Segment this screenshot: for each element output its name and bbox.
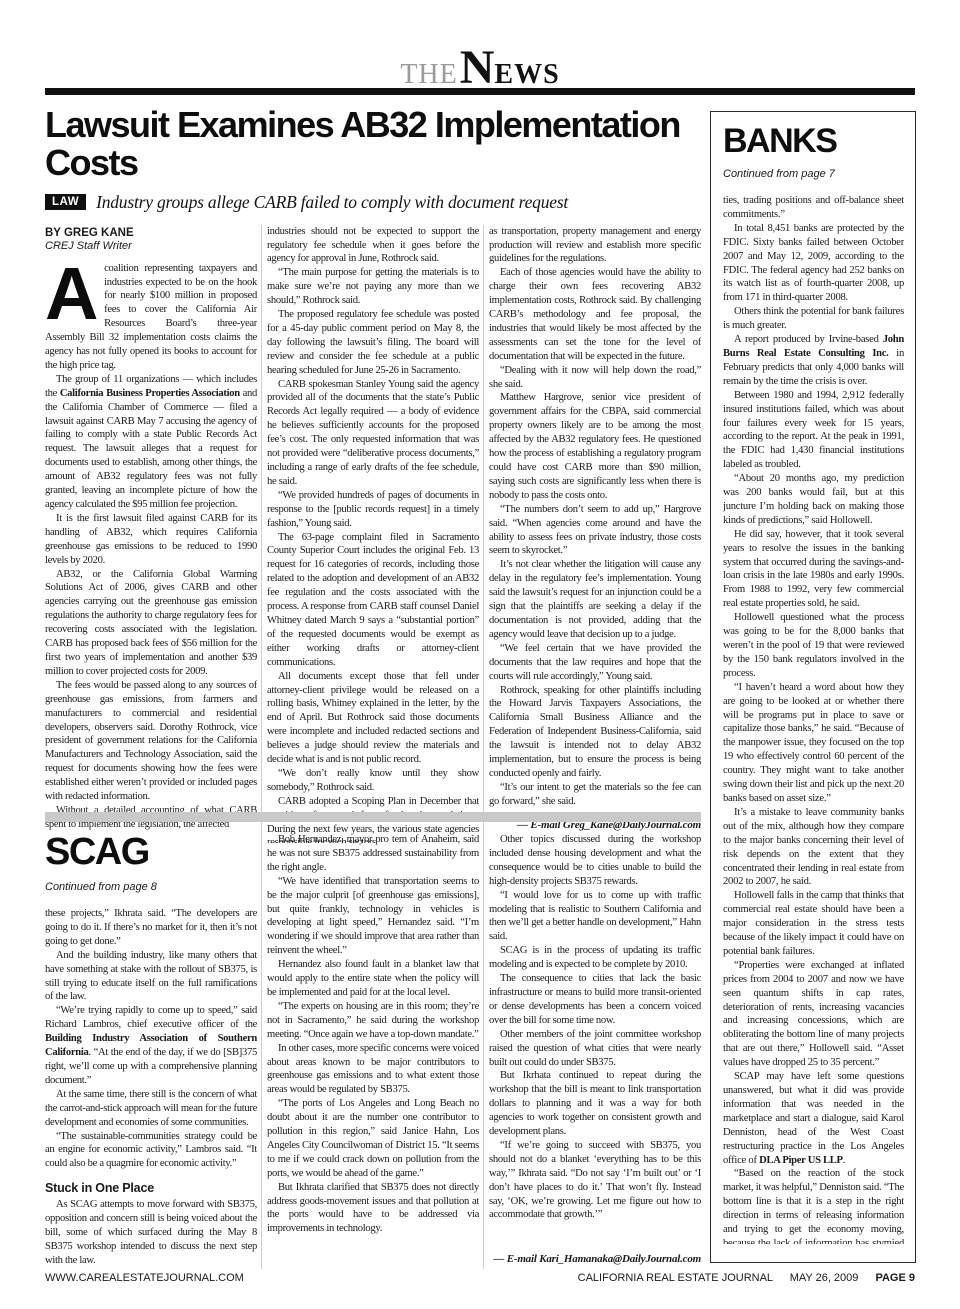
byline: BY GREG KANE xyxy=(45,227,257,239)
masthead-the: THE xyxy=(400,59,457,90)
article-paragraph: “Properties were exchanged at inflated p… xyxy=(723,959,904,1070)
banks-section-box: BANKS Continued from page 7 ties, tradin… xyxy=(710,111,916,1263)
article-subhead: Stuck in One Place xyxy=(45,1182,257,1196)
article-paragraph: The group of 11 organizations — which in… xyxy=(45,373,257,512)
article-paragraph: Other members of the joint committee wor… xyxy=(489,1028,701,1070)
article-paragraph: “I haven’t heard a word about how they a… xyxy=(723,681,904,806)
article-paragraph: It’s a mistake to leave community banks … xyxy=(723,806,904,889)
lead-column-1: BY GREG KANE CREJ Staff Writer Acoalitio… xyxy=(45,225,257,843)
article-paragraph: AB32, or the California Global Warming S… xyxy=(45,568,257,679)
article-paragraph: “Dealing with it now will help down the … xyxy=(489,364,701,392)
article-paragraph: As SCAG attempts to move forward with SB… xyxy=(45,1198,257,1268)
article-paragraph: “I would love for us to come up with tra… xyxy=(489,889,701,945)
article-paragraph: SCAP may have left some questions unansw… xyxy=(723,1070,904,1167)
article-paragraph: The 63-page complaint filed in Sacrament… xyxy=(267,531,479,670)
article-paragraph: “Based on the reaction of the stock mark… xyxy=(723,1167,904,1244)
article-paragraph: Bob Hernandez, mayor pro tem of Anaheim,… xyxy=(267,833,479,875)
scag-column-1-text: these projects,” Ikhrata said. “The deve… xyxy=(45,907,257,1268)
lead-column-3: as transportation, property management a… xyxy=(483,225,701,843)
article-paragraph: these projects,” Ikhrata said. “The deve… xyxy=(45,907,257,949)
article-paragraph: “The ports of Los Angeles and Long Beach… xyxy=(267,1097,479,1180)
article-paragraph: ties, trading positions and off-balance … xyxy=(723,194,904,222)
lead-column-2-text: industries should not be expected to sup… xyxy=(267,225,479,843)
article-paragraph: Matthew Hargrove, senior vice president … xyxy=(489,391,701,502)
article-paragraph: Hollowell questioned what the process wa… xyxy=(723,611,904,681)
article-paragraph: Hernandez also found fault in a blanket … xyxy=(267,958,479,1000)
article-paragraph: “We feel certain that we have provided t… xyxy=(489,642,701,684)
masthead-news-rest: EWS xyxy=(494,59,559,90)
footer-page-number: PAGE 9 xyxy=(875,1272,915,1284)
scag-column-2-text: Bob Hernandez, mayor pro tem of Anaheim,… xyxy=(267,833,479,1236)
scag-continued-line: Continued from page 8 xyxy=(45,881,257,893)
article-paragraph: “The main purpose for getting the materi… xyxy=(267,266,479,308)
scag-column-1: SCAG Continued from page 8 these project… xyxy=(45,833,257,1269)
law-kicker-badge: LAW xyxy=(45,194,86,210)
footer-publication: CALIFORNIA REAL ESTATE JOURNAL xyxy=(578,1272,773,1284)
lead-columns: BY GREG KANE CREJ Staff Writer Acoalitio… xyxy=(45,225,701,843)
article-paragraph: Hollowell falls in the camp that thinks … xyxy=(723,889,904,959)
footer-website: WWW.CAREALESTATEJOURNAL.COM xyxy=(45,1272,244,1284)
article-paragraph: It is the first lawsuit filed against CA… xyxy=(45,512,257,568)
lead-deck: Industry groups allege CARB failed to co… xyxy=(96,192,568,213)
lead-column-2: industries should not be expected to sup… xyxy=(261,225,479,843)
masthead: THENEWS xyxy=(0,40,960,95)
article-paragraph: In total 8,451 banks are protected by th… xyxy=(723,222,904,305)
article-paragraph: He did say, however, that it took severa… xyxy=(723,528,904,611)
article-paragraph: In other cases, more specific concerns w… xyxy=(267,1042,479,1098)
article-paragraph: “It’s our intent to get the materials so… xyxy=(489,781,701,809)
article-paragraph: “The numbers don’t seem to add up,” Harg… xyxy=(489,503,701,559)
lead-article: Lawsuit Examines AB32 Implementation Cos… xyxy=(45,106,701,843)
article-paragraph: industries should not be expected to sup… xyxy=(267,225,479,267)
masthead-rule xyxy=(45,88,915,95)
article-paragraph: Acoalition representing taxpayers and in… xyxy=(45,262,257,373)
article-paragraph: Each of those agencies would have the ab… xyxy=(489,266,701,363)
article-paragraph: “About 20 months ago, my prediction was … xyxy=(723,472,904,528)
page-footer: WWW.CAREALESTATEJOURNAL.COM CALIFORNIA R… xyxy=(45,1272,915,1284)
article-paragraph: “The experts on housing are in this room… xyxy=(267,1000,479,1042)
banks-continued-line: Continued from page 7 xyxy=(723,168,904,180)
article-paragraph: “We provided hundreds of pages of docume… xyxy=(267,489,479,531)
article-paragraph: At the same time, there still is the con… xyxy=(45,1088,257,1130)
scag-column-3: Other topics discussed during the worksh… xyxy=(483,833,701,1269)
article-paragraph: Other topics discussed during the worksh… xyxy=(489,833,701,889)
masthead-news-initial: N xyxy=(460,41,495,94)
newspaper-page: THENEWS Lawsuit Examines AB32 Implementa… xyxy=(0,0,960,1309)
article-paragraph: But Ikrhata continued to repeat during t… xyxy=(489,1069,701,1139)
banks-headline: BANKS xyxy=(723,124,904,158)
article-paragraph: All documents except those that fell und… xyxy=(267,670,479,767)
article-paragraph: “We don’t really know until they show so… xyxy=(267,767,479,795)
scag-column-3-text: Other topics discussed during the worksh… xyxy=(489,833,701,1222)
lead-kicker-row: LAW Industry groups allege CARB failed t… xyxy=(45,192,701,213)
lead-column-3-text: as transportation, property management a… xyxy=(489,225,701,833)
footer-folio: CALIFORNIA REAL ESTATE JOURNAL MAY 26, 2… xyxy=(564,1272,915,1284)
scag-headline: SCAG xyxy=(45,833,257,871)
email-signoff: — E-mail Kari_Hamanaka@DailyJournal.com xyxy=(484,1253,701,1267)
lead-column-1-text: Acoalition representing taxpayers and in… xyxy=(45,262,257,832)
article-paragraph: The proposed regulatory fee schedule was… xyxy=(267,308,479,378)
article-paragraph: Rothrock, speaking for other plaintiffs … xyxy=(489,684,701,781)
scag-section: SCAG Continued from page 8 these project… xyxy=(45,833,701,1269)
scag-column-2: Bob Hernandez, mayor pro tem of Anaheim,… xyxy=(261,833,479,1269)
article-paragraph: “We have identified that transportation … xyxy=(267,875,479,958)
article-paragraph: Between 1980 and 1994, 2,912 federally i… xyxy=(723,389,904,472)
scag-columns: SCAG Continued from page 8 these project… xyxy=(45,833,701,1269)
article-paragraph: as transportation, property management a… xyxy=(489,225,701,267)
lead-headline: Lawsuit Examines AB32 Implementation Cos… xyxy=(45,106,701,182)
section-divider xyxy=(45,812,701,822)
article-paragraph: And the building industry, like many oth… xyxy=(45,949,257,1005)
article-paragraph: “The sustainable-communities strategy co… xyxy=(45,1130,257,1172)
article-paragraph: The fees would be passed along to any so… xyxy=(45,679,257,804)
drop-cap: A xyxy=(45,262,104,323)
footer-date: MAY 26, 2009 xyxy=(790,1272,859,1284)
article-paragraph: CARB spokesman Stanley Young said the ag… xyxy=(267,378,479,489)
article-paragraph: It’s not clear whether the litigation wi… xyxy=(489,558,701,641)
article-paragraph: SCAG is in the process of updating its t… xyxy=(489,944,701,972)
article-paragraph: A report produced by Irvine-based John B… xyxy=(723,333,904,389)
article-paragraph: Others think the potential for bank fail… xyxy=(723,305,904,333)
byline-title: CREJ Staff Writer xyxy=(45,240,257,252)
article-paragraph: “If we’re going to succeed with SB375, y… xyxy=(489,1139,701,1222)
banks-text: ties, trading positions and off-balance … xyxy=(723,194,904,1244)
article-paragraph: The consequence to cities that lack the … xyxy=(489,972,701,1028)
article-paragraph: “We’re trying rapidly to come up to spee… xyxy=(45,1004,257,1087)
article-paragraph: But Ikhrata clarified that SB375 does no… xyxy=(267,1181,479,1237)
